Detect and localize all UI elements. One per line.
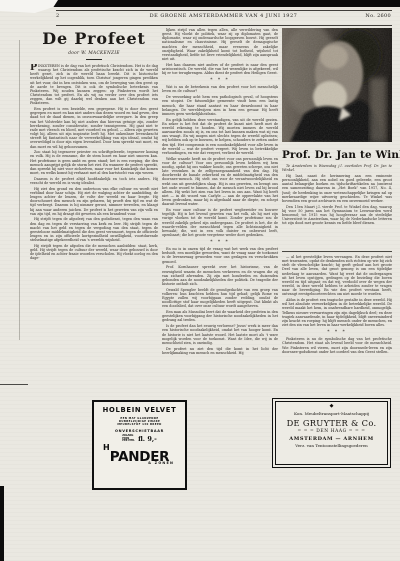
ornament-icon: ◆ [276, 404, 388, 409]
article-paragraphs-col2b: Wat is nu de beteekenis van den profeet … [162, 85, 278, 237]
article-paragraph: lijken strijd van allen tegen allen, all… [162, 28, 278, 61]
registration-dash [0, 384, 28, 385]
section-separator: * * * [162, 240, 278, 245]
portrait-photo [282, 28, 392, 142]
article-paragraph: Een profeet is een bezielde, een gegrepe… [30, 107, 158, 149]
obituary-paragraphs: Hij laat, naast de herinnering aan een e… [282, 174, 392, 225]
column-divider-rule [282, 251, 392, 252]
obituary-title: Prof. Dr. Jan te Winkel [282, 149, 392, 161]
page-header: 2 DE GROENE AMSTERDAMMER VAN 4 JUNI 1927… [56, 13, 391, 23]
article-paragraph: Pinksteren is nu de symbolische dag van … [282, 337, 392, 354]
section-separator: * * * [162, 78, 278, 83]
article-body-col3: — al het geestelijke leven vervangen. En… [282, 255, 392, 383]
ad-company-type: Kon. Meubeltransport-Maatschappij [276, 411, 388, 416]
article-paragraph: Wat is nu de beteekenis van den profeet … [162, 85, 278, 93]
torn-paper-corner [0, 0, 58, 13]
gruyter-advertisement: ◆ Kon. Meubeltransport-Maatschappij DE G… [272, 398, 391, 468]
page-fold-line [19, 40, 20, 340]
masthead-title: DE GROENE AMSTERDAMMER VAN 4 JUNI 1927 [56, 13, 391, 19]
article-paragraph: Is de profeet dan het eeuwig verlorene? … [162, 324, 278, 345]
article-paragraphs-col1: Een profeet is een bezielde, een gegrepe… [30, 107, 158, 260]
article-paragraph: Prof. Kornhauser spreekt over het histor… [162, 265, 278, 286]
ad-price-note-line: PER MTR. [122, 440, 135, 443]
byline-rule [86, 59, 102, 60]
article-paragraphs-col2c: En nu is in onzen tijd de vraag wat het … [162, 247, 278, 355]
article-byline: door W. MACKENZIE [30, 51, 158, 56]
article-paragraph: Hij strijdt tegen de afgoderij van den g… [30, 217, 158, 242]
article-paragraph: De verzoeking acht hem een pathologisch … [162, 95, 278, 116]
article-paragraph: Aldus is de profeet een tragische gestal… [282, 298, 392, 327]
article-paragraph: Welke waarde heeft nu de profeet voor on… [162, 157, 278, 207]
article-paragraph: Oswald Spengler beeldt de grondgedachte … [162, 288, 278, 309]
article-paragraphs-col3b: Pinksteren is nu de symbolische dag van … [282, 337, 392, 354]
article-paragraph: De profeet nu ziet den tijd die komt in … [162, 347, 278, 355]
article-paragraph: En gelijk hebben deze verstandigen, van … [162, 118, 278, 155]
scan-edge-left-bottom [0, 486, 4, 561]
ad-city-line: = = = DEN HAAG = = = [276, 429, 388, 434]
article-title: De Profeet [30, 29, 158, 48]
article-paragraph: En nu is in onzen tijd de vraag wat het … [162, 247, 278, 264]
ad-price-note: ZOLANGPRIJSPER MTR. [122, 435, 135, 443]
scan-edge-top [53, 0, 400, 7]
column-middle: lijken strijd van allen tegen allen, all… [162, 28, 278, 474]
column-left: De Profeet door W. MACKENZIE PINKSTEREN … [30, 28, 158, 352]
article-paragraph: En voor onze cultuur is de profeet wegbe… [162, 208, 278, 237]
header-rule-top [56, 10, 392, 11]
section-separator: * * * [282, 330, 392, 335]
article-paragraph: — al het geestelijke leven vervangen. En… [282, 255, 392, 297]
header-rule-bottom [56, 25, 392, 26]
gruyter-ad-inner-frame: ◆ Kon. Meubeltransport-Maatschappij DE G… [275, 401, 389, 466]
obituary-paragraph: Hij laat, naast de herinnering aan een e… [282, 174, 392, 203]
ad-service-line: Verz. van Tentoonstellingsgoederen [276, 443, 388, 448]
article-paragraph: Hij strijdt tegen de afgoden die de mens… [30, 244, 158, 261]
obituary-body: Te Amsterdam is Woensdag j.l. overleden … [282, 164, 392, 250]
article-paragraph: Hij ziet den grond en den ondertoon van … [30, 187, 158, 216]
brand-initial: H [103, 443, 110, 452]
obituary-paragraph: Den 15en Maart j.l. vierde Prof. te Wink… [282, 205, 392, 226]
obituary-lead: Te Amsterdam is Woensdag j.l. overleden … [282, 164, 392, 172]
ad-company-name: DE GRUYTER & Co. [276, 418, 388, 428]
newspaper-page: 2 DE GROENE AMSTERDAMMER VAN 4 JUNI 1927… [0, 0, 400, 561]
article-body-col1: PINKSTEREN is de dag van het profetisch … [30, 64, 158, 352]
article-paragraph: Zoo staat hij tegenover priester en schr… [30, 150, 158, 175]
ad-cities: AMSTERDAM — ARNHEM [276, 436, 388, 442]
article-paragraph: Het kan daarom niet anders of de profeet… [162, 63, 278, 75]
article-lead-paragraph: PINKSTEREN is de dag van het profetisch … [30, 64, 158, 106]
ad-price: fl. 9,- [138, 435, 157, 443]
article-paragraph: Een man als Mussolini leert dat de waarh… [162, 310, 278, 322]
column-right: Prof. Dr. Jan te Winkel Te Amsterdam is … [282, 28, 392, 383]
article-paragraphs-col2a: lijken strijd van allen tegen allen, all… [162, 28, 278, 75]
article-paragraph: Daarom is de profeet altijd hoofdzakelij… [30, 177, 158, 185]
issue-number: No. 2600 [365, 13, 391, 19]
article-paragraphs-col3a: — al het geestelijke leven vervangen. En… [282, 255, 392, 327]
